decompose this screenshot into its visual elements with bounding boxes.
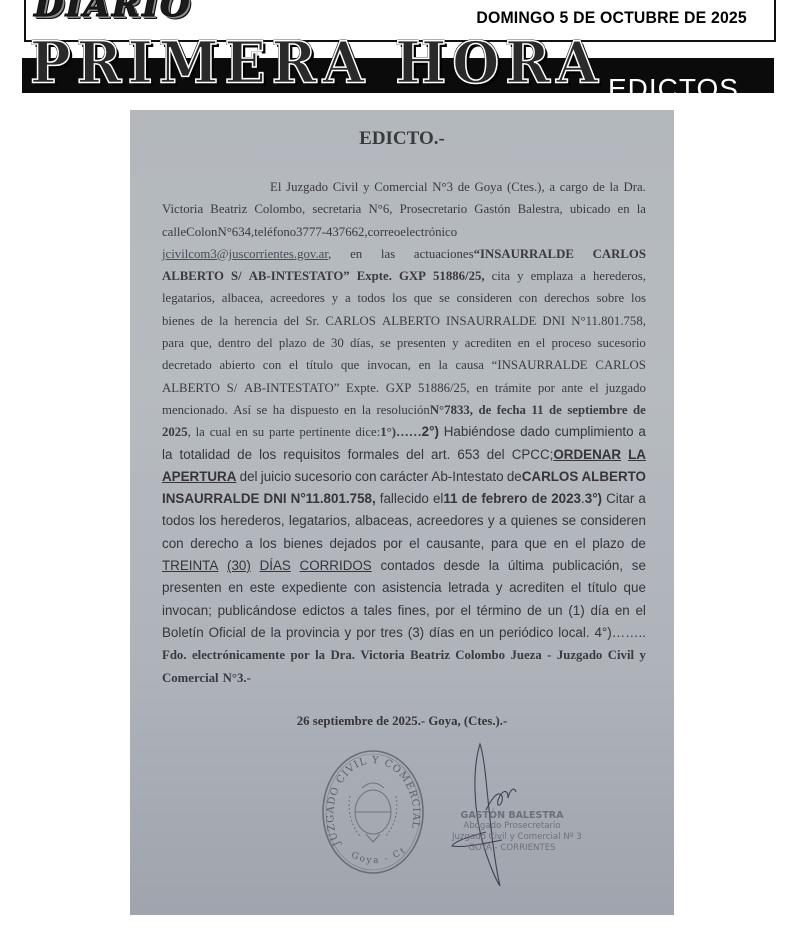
word: CPCC; — [512, 447, 554, 462]
word: Oficial — [209, 622, 246, 644]
word: juzgado — [605, 377, 646, 399]
word: de — [237, 444, 252, 466]
word-group: resoluciónN°7833, — [377, 399, 473, 421]
word: requisitos — [283, 444, 340, 466]
word: formales — [348, 444, 399, 466]
word: dado — [520, 421, 550, 443]
word: Civil — [333, 176, 359, 198]
word-group: 2023. — [551, 492, 585, 506]
word: de — [313, 332, 325, 354]
word: consideren — [457, 287, 512, 309]
word: 4°)…….. — [594, 622, 645, 644]
word: se — [562, 510, 576, 532]
logo-primera-hora: PRIMERA HORA — [30, 34, 604, 96]
word: parte — [269, 421, 295, 443]
word: un — [479, 622, 494, 644]
word: art. — [431, 444, 450, 466]
logo-diario: DIARIO — [34, 0, 192, 22]
signature-block: GASTÓN BALESTRA Abogado Prosecretario Ju… — [452, 810, 572, 854]
word: la — [315, 644, 325, 666]
word: local. — [558, 622, 589, 644]
word: febrero — [481, 488, 527, 510]
edict-text-line: jcivilcom3@juscorrientes.gov.ar,enlasact… — [162, 243, 646, 265]
word: un — [548, 600, 563, 622]
word: de — [593, 176, 605, 198]
word: se — [439, 287, 450, 309]
word: acrediten — [465, 332, 512, 354]
word: 2025 — [162, 425, 188, 439]
word: acreedores — [270, 287, 325, 309]
edict-text-line: paraque,dentrodelplazode30días,sepresent… — [162, 332, 646, 354]
word: resolución — [377, 403, 430, 417]
word: con — [355, 466, 377, 488]
word: última — [508, 555, 544, 577]
word: Comercial — [162, 667, 219, 689]
word: presenten — [162, 577, 222, 599]
word: El — [270, 176, 281, 198]
word: Así — [233, 399, 251, 421]
word: el — [433, 491, 443, 506]
word: abierto — [220, 354, 256, 376]
word: albacea, — [222, 287, 264, 309]
word: 11 — [531, 399, 543, 421]
word: cual — [210, 421, 231, 443]
word: “INSAURRALDE — [492, 354, 588, 376]
word: AB-INTESTATO” — [244, 377, 339, 399]
word: 3°) — [585, 491, 602, 506]
word: calle — [162, 225, 186, 239]
word: en — [618, 198, 630, 220]
word: la — [271, 622, 281, 644]
word: y — [488, 510, 495, 532]
word: N°11.801.758, — [291, 488, 376, 510]
word: por — [290, 644, 309, 666]
word: de — [549, 399, 562, 421]
word: del — [406, 444, 424, 466]
word: Gastón — [474, 198, 510, 220]
word: en — [344, 399, 356, 421]
word: N°7833, — [430, 403, 473, 417]
word: 653 — [457, 444, 479, 466]
word: fecha — [497, 399, 526, 421]
word: Sr. — [305, 310, 319, 332]
word: emplaza — [531, 265, 574, 287]
word: en — [459, 622, 474, 644]
word: ante — [562, 377, 583, 399]
word: (30) — [227, 555, 251, 577]
word: (Ctes.), — [507, 176, 545, 198]
word: derechos — [544, 287, 589, 309]
word: a — [350, 600, 357, 622]
word: N°3 — [432, 176, 453, 198]
word: S/ — [231, 265, 242, 287]
edict-text-line: legatarios,albacea,acreedoresyatodoslosq… — [162, 287, 646, 309]
word: electrónico — [400, 225, 457, 239]
word: los — [199, 510, 216, 532]
word: para — [162, 332, 184, 354]
word: en — [350, 243, 362, 265]
word: Prosecretario — [400, 198, 468, 220]
word: de — [532, 488, 548, 510]
word: teléfono — [254, 225, 296, 239]
section-title: EDICTOS — [608, 73, 768, 93]
word: ubicado — [570, 198, 611, 220]
word: actuaciones — [414, 247, 474, 261]
word-group: 2023.3°) — [551, 488, 602, 510]
word: publicándose — [218, 600, 297, 622]
word: Expte. — [346, 377, 379, 399]
word: el — [536, 332, 545, 354]
word: Comercial — [374, 176, 427, 198]
word: Ab-Intestato — [431, 466, 503, 488]
edict-text-line: bienesdelaherenciadelSr.CARLOSALBERTOINS… — [162, 310, 646, 332]
word: todos — [357, 287, 385, 309]
word: los — [260, 533, 277, 555]
word: que — [414, 287, 432, 309]
word: periódico — [499, 622, 553, 644]
word: los — [392, 287, 407, 309]
word: día — [590, 600, 609, 622]
word-group: CPCC;ORDENAR — [512, 444, 621, 466]
word: a — [245, 533, 252, 555]
edict-text-line: ALBERTOS/AB-INTESTATO”Expte.GXP51886/25,… — [162, 265, 646, 287]
word: la — [162, 444, 172, 466]
word: se — [632, 555, 646, 577]
word: y — [517, 265, 523, 287]
word: Citar — [606, 488, 634, 510]
word: días — [429, 622, 454, 644]
signatory-role: Abogado Prosecretario — [452, 821, 572, 832]
word: correo — [368, 225, 401, 239]
word: de — [462, 488, 478, 510]
word: (1) — [568, 600, 584, 622]
word: Colombo — [455, 644, 505, 666]
word: herederos, — [221, 510, 285, 532]
word: edictos — [302, 600, 344, 622]
word: de — [478, 399, 491, 421]
word: contados — [380, 555, 434, 577]
edict-text-line: ElJuzgadoCivilyComercialN°3deGoya(Ctes.)… — [162, 176, 646, 198]
word: albaceas, — [355, 510, 412, 532]
word: legatarios, — [162, 287, 215, 309]
word: título — [588, 577, 617, 599]
word: ALBERTO — [582, 466, 646, 488]
word: y — [363, 176, 369, 198]
word: el — [589, 377, 598, 399]
word: N°6, — [368, 198, 392, 220]
word: acrediten — [509, 577, 564, 599]
word: título — [306, 354, 333, 376]
word: sucesorio — [597, 332, 645, 354]
word: del — [284, 310, 300, 332]
word: que — [525, 533, 547, 555]
word: ALBERTO — [162, 265, 224, 287]
word: INSAURRALDE — [162, 488, 259, 510]
word: cumplimiento — [555, 421, 634, 443]
word: “INSAURRALDE — [474, 247, 574, 261]
word: en — [228, 577, 243, 599]
word: N°11.801.758, — [571, 310, 646, 332]
edict-text-line: Fdo.electrónicamenteporlaDra.VictoriaBea… — [162, 644, 646, 666]
word-group: 2025, — [162, 421, 191, 443]
word: de — [633, 399, 646, 421]
word: término — [477, 600, 522, 622]
word: APERTURA — [162, 466, 236, 488]
word-group: calleColonN°634,teléfono3777-437662,corr… — [162, 221, 457, 243]
word: su — [253, 421, 264, 443]
word: se — [257, 399, 268, 421]
word: GXP — [399, 265, 426, 287]
word: INSAURRALDE — [446, 310, 536, 332]
word: totalidad — [179, 444, 230, 466]
word: expediente — [282, 577, 348, 599]
word: 1°)…… — [380, 425, 421, 439]
word: por — [538, 377, 555, 399]
word: tres — [380, 622, 402, 644]
word: ALBERTO — [162, 377, 220, 399]
word: Boletín — [162, 622, 204, 644]
word: a — [345, 287, 351, 309]
word: en — [615, 600, 630, 622]
word: ORDENAR — [553, 447, 621, 462]
word: la — [219, 310, 228, 332]
word: todos — [162, 510, 195, 532]
word: del — [487, 444, 505, 466]
word: por — [435, 600, 454, 622]
word: 2°) — [422, 424, 439, 439]
edict-text-line: INSAURRALDEDNIN°11.801.758,fallecidoel11… — [162, 488, 646, 510]
word: por — [383, 533, 402, 555]
word: ha — [273, 399, 285, 421]
word: en — [518, 332, 530, 354]
email-link[interactable]: jcivilcom3@juscorrientes.gov.ar — [162, 247, 328, 261]
word: el — [635, 600, 645, 622]
word: la — [637, 198, 646, 220]
word: la — [362, 399, 371, 421]
word: Colombo, — [254, 198, 305, 220]
word: fines, — [398, 600, 430, 622]
word: con — [519, 287, 537, 309]
word: N°3.- — [223, 667, 251, 689]
word-group: dice:1°)……2°) — [355, 421, 439, 443]
word: cargo — [560, 176, 588, 198]
word: S/ — [227, 377, 238, 399]
word: TREINTA — [162, 555, 218, 577]
word: dice: — [355, 425, 380, 439]
word: trámite — [495, 377, 531, 399]
word: Juzgado — [557, 644, 603, 666]
word: que, — [190, 332, 212, 354]
signatory-court: Juzgado Civil y Comercial Nº 3 — [452, 832, 572, 843]
edict-text-line: decretadoabiertoconeltítuloqueinvocan,en… — [162, 354, 646, 376]
word: Civil — [608, 644, 634, 666]
word: legatarios, — [289, 510, 351, 532]
word-group: calleColonN°634, — [162, 225, 254, 239]
edict-text-line: APERTURAdeljuiciosucesorioconcarácterAb-… — [162, 466, 646, 488]
word: carácter — [380, 466, 428, 488]
issue-date: DOMINGO 5 DE OCTUBRE DE 2025 — [476, 8, 747, 28]
word-group: actuaciones“INSAURRALDE — [414, 243, 574, 265]
word: desde — [444, 555, 480, 577]
word: CARLOS — [325, 310, 376, 332]
word: la — [196, 421, 205, 443]
signatory-name: GASTÓN BALESTRA — [452, 810, 572, 821]
edict-text-line: ComercialN°3.- — [162, 667, 646, 689]
section-title-text: EDICTOS — [608, 75, 768, 93]
word: 51886/25, — [418, 377, 470, 399]
word: invocan, — [367, 354, 411, 376]
edict-text-line: BoletínOficialdelaprovinciayportres(3)dí… — [162, 622, 646, 644]
word: causante, — [426, 533, 484, 555]
word: asistencia — [382, 577, 442, 599]
word: Colon — [186, 225, 217, 239]
word: Dra. — [623, 176, 645, 198]
word: - — [547, 644, 551, 666]
word: el — [289, 354, 298, 376]
word: mencionado. — [162, 399, 228, 421]
word-group: el11 — [433, 488, 458, 510]
word: consideren — [580, 510, 646, 532]
edict-text-line: VictoriaBeatrizColombo,secretariaN°6,Pro… — [162, 198, 646, 220]
word: quienes — [511, 510, 558, 532]
word: CARLOS — [522, 469, 579, 484]
word: 30 — [331, 332, 344, 354]
word: de — [527, 600, 542, 622]
word: de — [251, 622, 266, 644]
word: cita — [492, 265, 510, 287]
word: el — [575, 533, 585, 555]
word: Dra. — [330, 644, 355, 666]
word: Victoria — [360, 644, 404, 666]
word: el — [571, 577, 581, 599]
word: provincia — [286, 622, 340, 644]
word: Expte. — [357, 265, 392, 287]
word: a — [580, 265, 586, 287]
word: con — [354, 577, 376, 599]
word: invocan; — [162, 600, 212, 622]
word: en — [236, 421, 248, 443]
word: CARLOS — [595, 354, 646, 376]
word: en — [476, 377, 488, 399]
word-group: calleColonN°634,teléfono — [162, 225, 296, 239]
word: 3777-437662, — [296, 225, 367, 239]
word: AB-INTESTATO” — [249, 265, 350, 287]
word: DÍAS — [260, 555, 291, 577]
word: Goya — [475, 176, 503, 198]
edict-text-line: calleColonN°634,teléfono3777-437662,corr… — [162, 221, 646, 243]
word: el — [461, 600, 471, 622]
word: DNI — [264, 488, 287, 510]
word: DNI — [542, 310, 565, 332]
word: , — [188, 425, 191, 439]
word: este — [250, 577, 275, 599]
word: 2023 — [551, 491, 581, 506]
word: y — [639, 644, 645, 666]
word: ALBERTO — [382, 310, 440, 332]
word: días, — [350, 332, 374, 354]
word: N°634, — [217, 225, 254, 239]
word: de — [458, 176, 470, 198]
word: Victoria — [162, 198, 203, 220]
word: de — [507, 469, 522, 484]
edict-text-line: todoslosherederos,legatarios,albaceas,ac… — [162, 510, 646, 532]
edict-text-line: 2025,lacualensupartepertinentedice:1°)……… — [162, 421, 646, 443]
edict-title: EDICTO.- — [130, 128, 674, 150]
word: con — [162, 533, 184, 555]
word: las — [381, 243, 395, 265]
edict-text-line: TREINTA(30)DÍASCORRIDOScontadosdesdelaúl… — [162, 555, 646, 577]
signatory-place: GOYA - CORRIENTES — [452, 843, 572, 854]
word: CARLOS — [593, 243, 646, 265]
word: publicación, — [552, 555, 623, 577]
word: se — [380, 332, 391, 354]
word: la — [610, 176, 619, 198]
word: a — [549, 176, 555, 198]
word: en — [554, 533, 569, 555]
word: con — [263, 354, 281, 376]
word: de — [201, 310, 213, 332]
word: plazo — [592, 533, 624, 555]
word-group: calleColonN°634,teléfono3777-437662,corr… — [162, 225, 400, 239]
word-group: jcivilcom3@juscorrientes.gov.ar, — [162, 243, 331, 265]
edict-body: ElJuzgadoCivilyComercialN°3deGoya(Ctes.)… — [162, 176, 646, 689]
edict-text-line: latotalidaddelosrequisitosformalesdelart… — [162, 444, 646, 466]
word: 51886/25, — [433, 265, 485, 287]
word: 11 — [443, 491, 457, 506]
word: tales — [364, 600, 392, 622]
word: bienes — [283, 533, 322, 555]
word: dejados — [329, 533, 376, 555]
word-group: dice:1°)…… — [355, 425, 421, 439]
word: del — [257, 332, 273, 354]
word: pertinente — [299, 421, 350, 443]
edict-date-place: 26 septiembre de 2025.- Goya, (Ctes.).- — [130, 714, 674, 729]
word: los — [259, 444, 276, 466]
word: CORRIDOS — [300, 555, 372, 577]
word: de — [631, 533, 646, 555]
word: por — [356, 622, 375, 644]
word: (3) — [408, 622, 424, 644]
edict-text-line: presentenenesteexpedienteconasistenciale… — [162, 577, 646, 599]
word: Habiéndose — [444, 421, 515, 443]
word: Jueza — [510, 644, 541, 666]
word: la — [489, 555, 499, 577]
word: herencia — [234, 310, 277, 332]
word: y — [452, 332, 458, 354]
word: para — [491, 533, 518, 555]
word: Fdo. — [162, 644, 187, 666]
word: derecho — [190, 533, 238, 555]
word: que — [341, 354, 359, 376]
word: acreedores — [417, 510, 484, 532]
edict-text-line: ALBERTOS/AB-INTESTATO”Expte.GXP51886/25,… — [162, 377, 646, 399]
word: y — [496, 577, 503, 599]
word: electrónicamente — [192, 644, 285, 666]
word: sucesorio — [294, 466, 351, 488]
word: proceso — [551, 332, 591, 354]
word: Juzgado — [286, 176, 328, 198]
word: Balestra, — [518, 198, 563, 220]
word: presenten — [397, 332, 446, 354]
word: sobre — [596, 287, 624, 309]
newspaper-masthead: DIARIO PRIMERA HORA DOMINGO 5 DE OCTUBRE… — [0, 0, 805, 95]
word: dentro — [218, 332, 251, 354]
word: a — [499, 510, 506, 532]
word: herederos, — [593, 265, 646, 287]
word: bienes — [162, 310, 195, 332]
word: dispuesto — [290, 399, 338, 421]
edict-text-line: conderechoalosbienesdejadosporelcausante… — [162, 533, 646, 555]
